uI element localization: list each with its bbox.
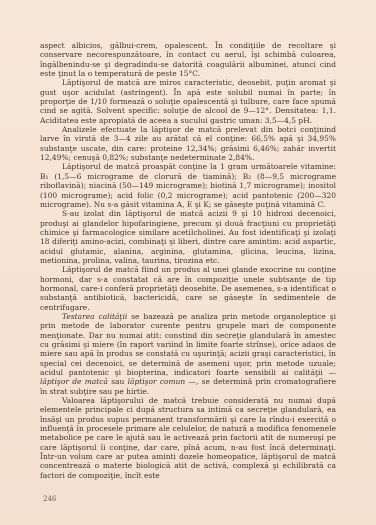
paragraph-3: Analizele efectuate la lăptişor de matcă… — [40, 125, 336, 162]
italic-text: lăptişor comun — [128, 377, 186, 386]
paragraph-1: aspect albicios, gălbui-crem, opalescent… — [40, 41, 336, 78]
body-text: aspect albicios, gălbui-crem, opalescent… — [40, 41, 336, 480]
italic-text: Testarea calităţii — [62, 312, 127, 321]
page-number: 246 — [43, 495, 56, 503]
book-page: aspect albicios, gălbui-crem, opalescent… — [0, 0, 376, 525]
text-run: sau — [108, 377, 128, 386]
italic-text: lăptişor de matcă — [40, 377, 108, 386]
text-run: Lăptişorul de matcă proaspăt conţine la … — [40, 162, 336, 208]
paragraph-2: Lăptişorul de matcă are miros caracteris… — [40, 78, 336, 125]
text-run: Valoarea lăptişorului de matcă trebuie c… — [40, 396, 336, 480]
text-run: Analizele efectuate la lăptişor de matcă… — [40, 125, 336, 162]
paragraph-7: Testarea calităţii se bazează pe analiza… — [40, 312, 336, 396]
text-run: Lăptişorul de matcă fiind un produs al u… — [40, 265, 336, 311]
paragraph-6: Lăptişorul de matcă fiind un produs al u… — [40, 265, 336, 312]
text-run: se bazează pe analiza prin metode organo… — [40, 312, 336, 377]
paragraph-8: Valoarea lăptişorului de matcă trebuie c… — [40, 396, 336, 480]
text-run: Lăptişorul de matcă are miros caracteris… — [40, 78, 336, 124]
paragraph-4: Lăptişorul de matcă proaspăt conţine la … — [40, 162, 336, 209]
text-run: aspect albicios, gălbui-crem, opalescent… — [40, 41, 336, 78]
text-run: S-au izolat din lăptişorul de matcă aciz… — [40, 209, 336, 265]
paragraph-5: S-au izolat din lăptişorul de matcă aciz… — [40, 209, 336, 265]
